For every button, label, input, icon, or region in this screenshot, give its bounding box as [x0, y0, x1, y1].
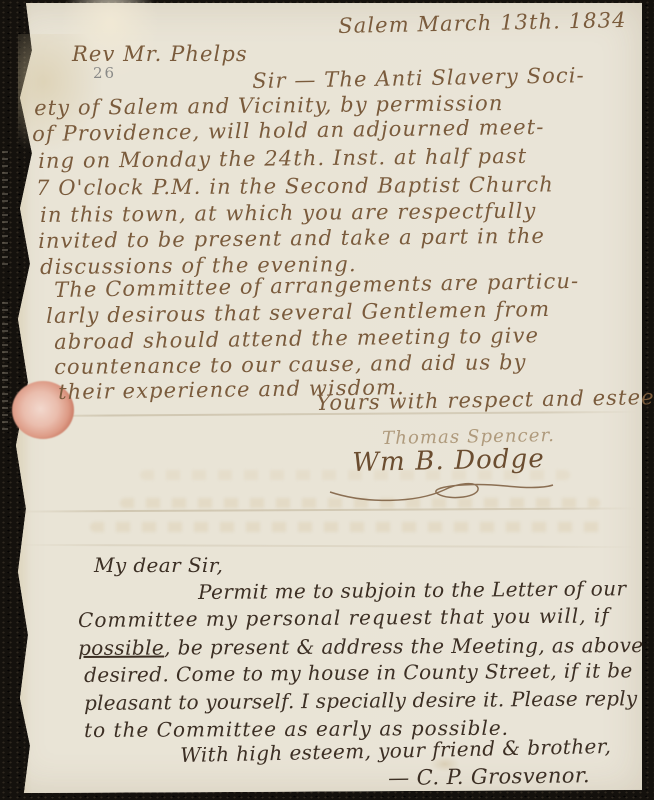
underlined-word: possible	[78, 636, 164, 660]
ink-bleedthrough	[90, 522, 610, 532]
signature-wm-b-dodge: Wm B. Dodge	[352, 444, 545, 478]
letter-line: 7 O'clock P.M. in the Second Baptist Chu…	[36, 172, 554, 200]
mat-edge-markings	[2, 150, 8, 265]
signature-c-p-grosvenor: — C. P. Grosvenor.	[388, 763, 590, 790]
postscript-line: pleasant to yourself. I specially desire…	[84, 686, 637, 715]
mat-edge-markings	[2, 300, 8, 430]
letter-line: in this town, at which you are respectfu…	[40, 199, 537, 227]
letter-line: countenance to our cause, and aid us by	[54, 350, 527, 379]
postscript-line: Permit me to subjoin to the Letter of ou…	[198, 576, 627, 604]
postscript-line: desired. Come to my house in County Stre…	[84, 658, 633, 687]
letter-line: ing on Monday the 24th. Inst. at half pa…	[38, 144, 527, 173]
postscript-line: possible, be present & address the Meeti…	[78, 633, 644, 660]
postscript-line: Committee my personal request that you w…	[78, 603, 610, 632]
signature-flourish	[326, 478, 556, 504]
archive-number-pencil: 26	[93, 64, 116, 82]
recipient-line: Rev Mr. Phelps	[72, 42, 248, 66]
postscript-line-rest: , be present & address the Meeting, as a…	[164, 633, 644, 660]
photograph-stage: 26 Salem March 13th. 1834 Rev Mr. Phelps…	[0, 0, 654, 800]
postscript-salutation: My dear Sir,	[94, 553, 223, 577]
